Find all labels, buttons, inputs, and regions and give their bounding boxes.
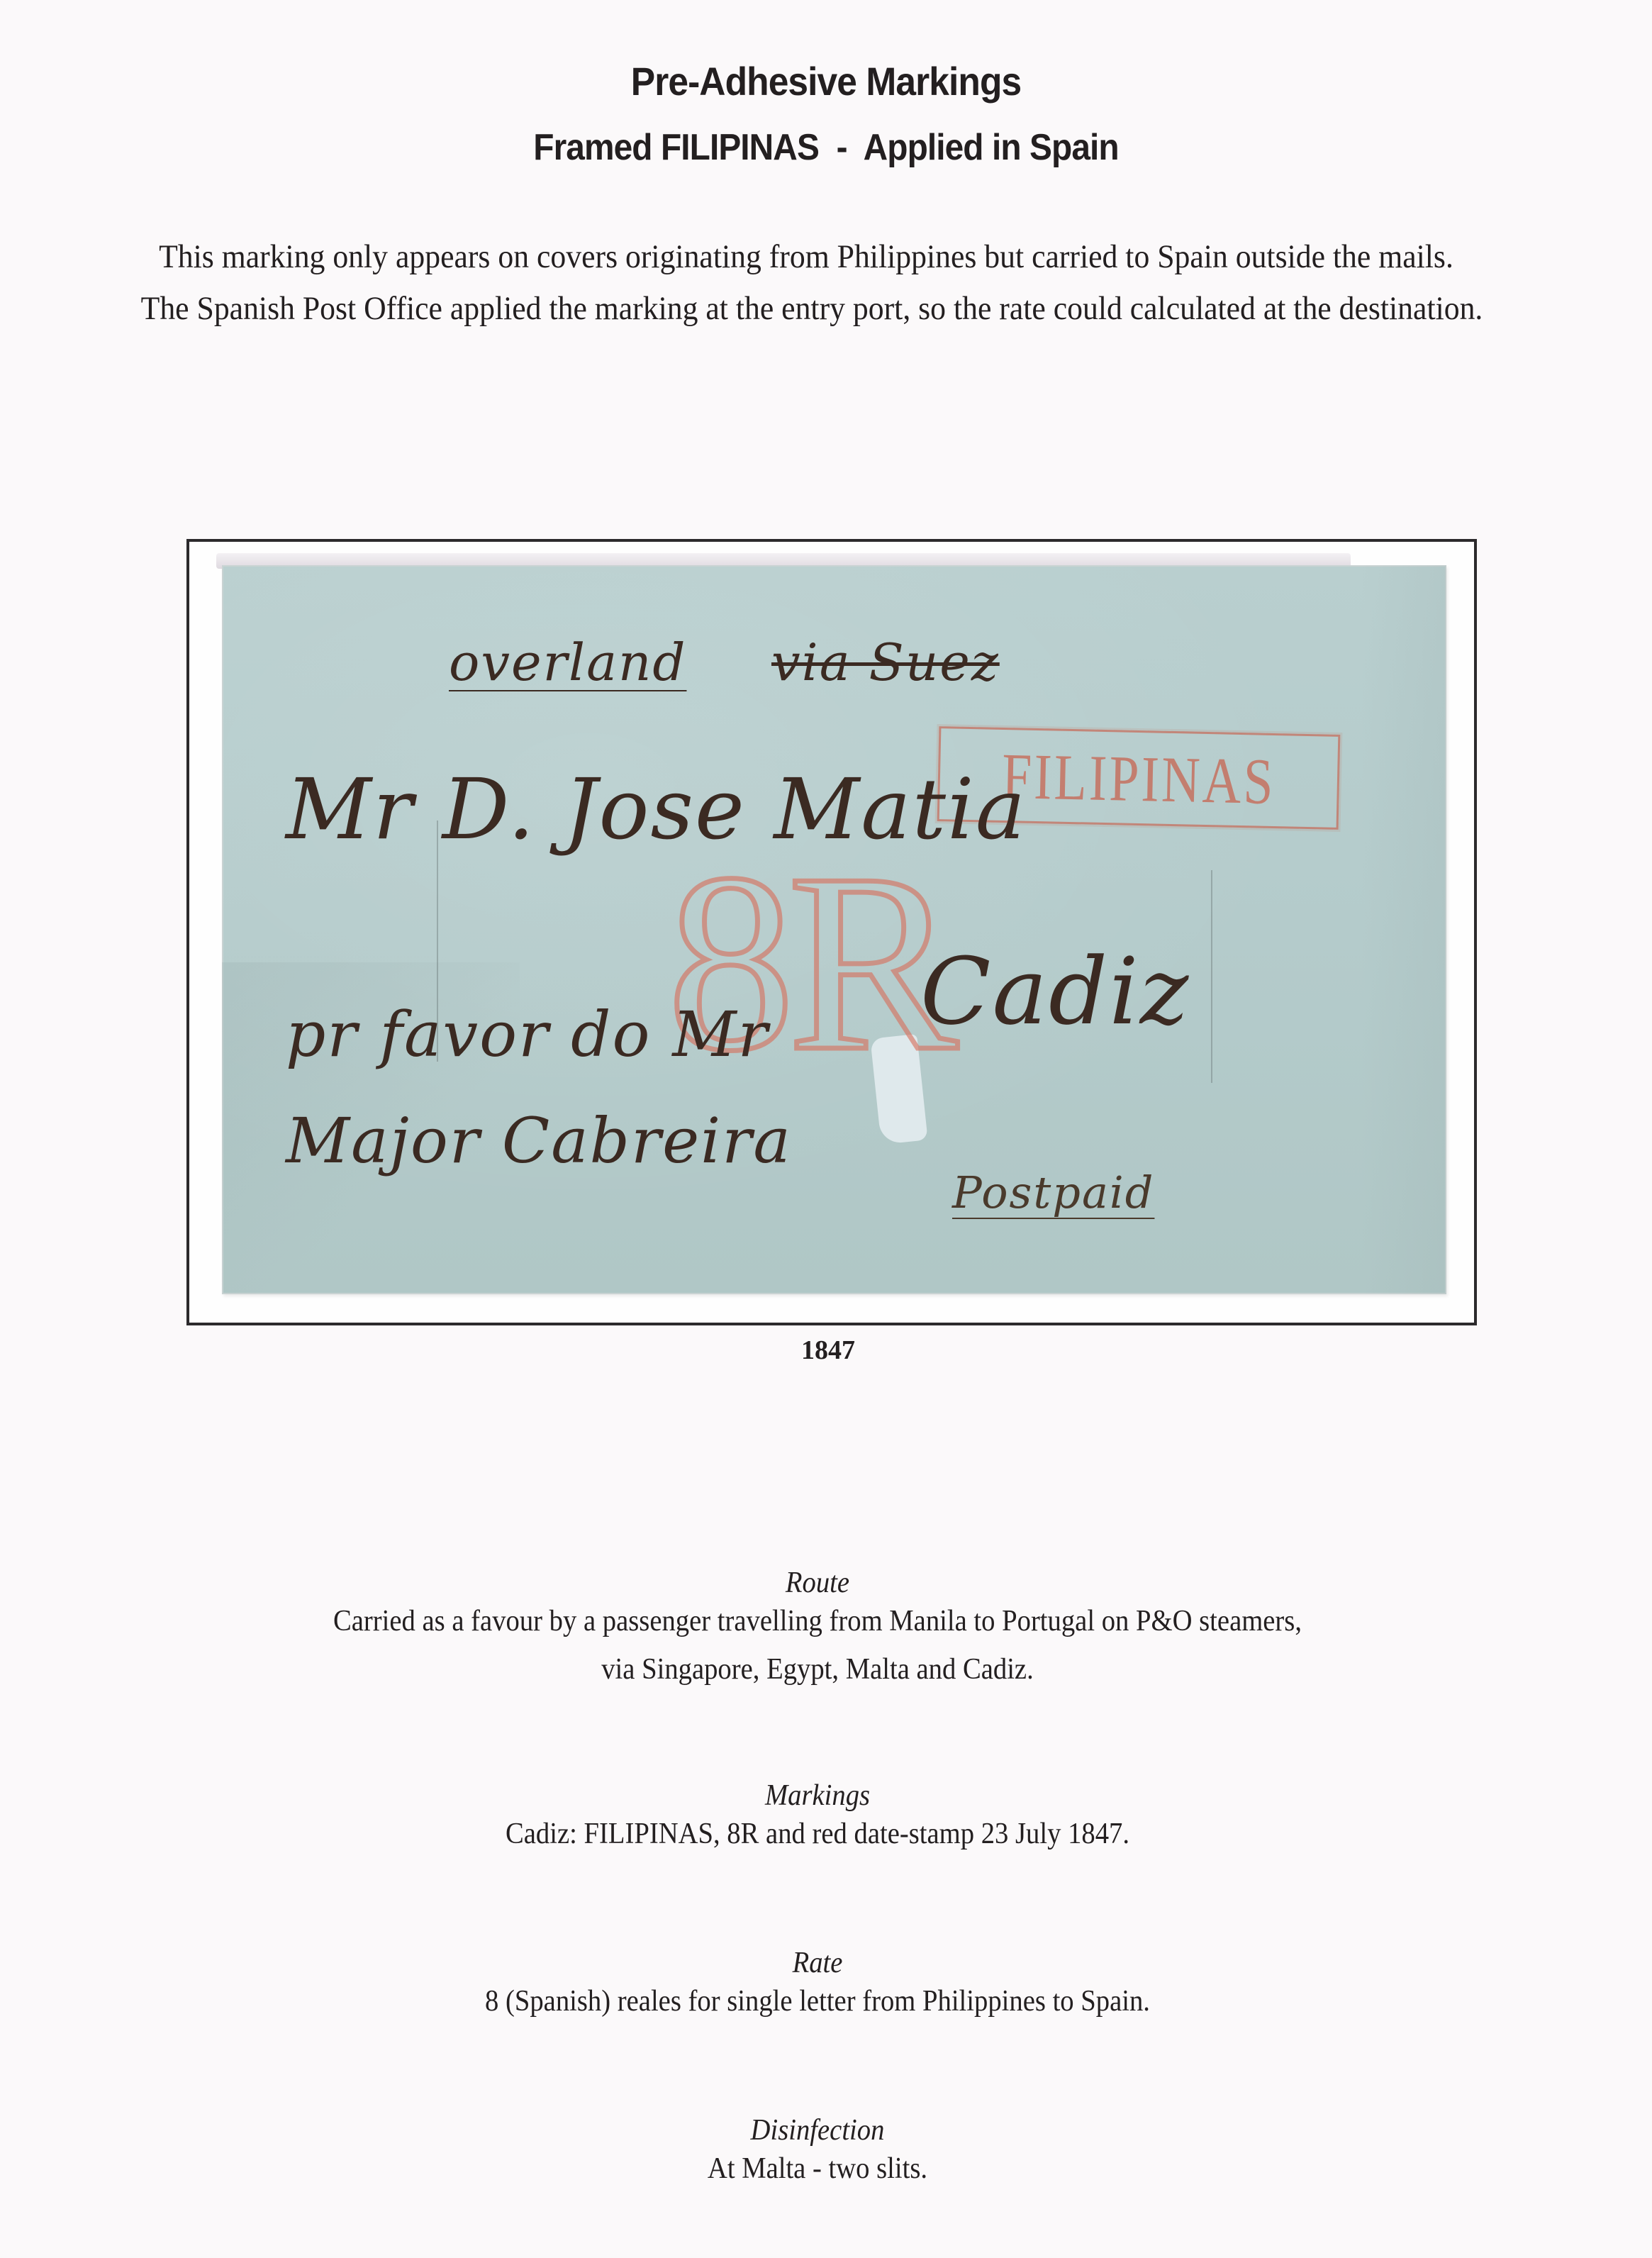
route-heading: Route <box>57 1566 1578 1600</box>
intro-line-2: The Spanish Post Office applied the mark… <box>44 289 1580 328</box>
intro-line-1: This marking only appears on covers orig… <box>38 238 1575 276</box>
route-line-2: via Singapore, Egypt, Malta and Cadiz. <box>57 1652 1578 1686</box>
markings-line-1: Cadiz: FILIPINAS, 8R and red date-stamp … <box>57 1817 1578 1851</box>
page-title: Pre-Adhesive Markings <box>66 58 1586 104</box>
manuscript-addressee: Mr D. Jose Matia <box>286 760 1027 858</box>
manuscript-postpaid: Postpaid <box>952 1167 1154 1218</box>
manuscript-overland: overland <box>449 633 686 692</box>
rate-line-1: 8 (Spanish) reales for single letter fro… <box>57 1984 1578 2018</box>
cover-envelope: FILIPINAS 8R overland via Suez Mr D. Jos… <box>222 565 1446 1294</box>
manuscript-favour-line-2: Major Cabreira <box>286 1104 792 1177</box>
rate-heading: Rate <box>57 1946 1578 1980</box>
manuscript-city-cadiz: Cadiz <box>920 938 1190 1045</box>
manuscript-favour-line-1: pr favor do Mr <box>286 998 769 1071</box>
route-line-1: Carried as a favour by a passenger trave… <box>57 1604 1578 1638</box>
markings-heading: Markings <box>57 1779 1578 1813</box>
disinfection-heading: Disinfection <box>57 2113 1578 2147</box>
cover-date-caption: 1847 <box>801 1335 855 1366</box>
envelope-edge-shadow <box>1361 565 1446 1294</box>
disinfection-slit-right <box>1211 870 1212 1083</box>
disinfection-line-1: At Malta - two slits. <box>57 2152 1578 2186</box>
manuscript-via-suez-struck: via Suez <box>771 633 1000 692</box>
page-subtitle: Framed FILIPINAS - Applied in Spain <box>66 126 1586 169</box>
